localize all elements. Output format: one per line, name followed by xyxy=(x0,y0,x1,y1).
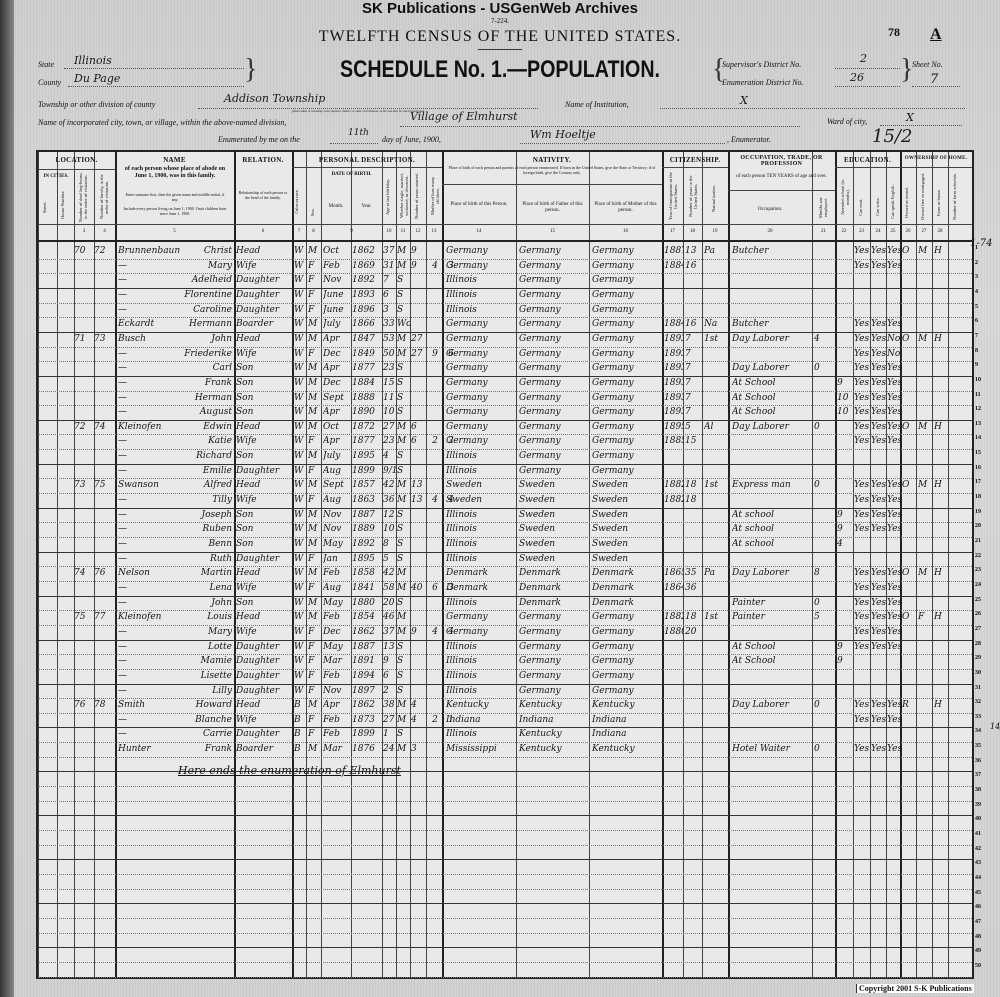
table-row: —CarrieDaughterBFFeb18991SIllinoisKentuc… xyxy=(38,728,972,743)
speaks-english: Yes xyxy=(887,509,901,521)
father-birthplace: Sweden xyxy=(519,523,589,535)
owned-rented: O xyxy=(902,611,916,623)
column-number: 3 xyxy=(74,229,94,234)
ward-label: Ward of city, xyxy=(827,117,867,126)
can-read: Yes xyxy=(854,392,870,404)
given-name: Benn xyxy=(178,538,232,550)
immigration-year: 1882 xyxy=(664,479,684,491)
line-number: 8 xyxy=(975,348,978,354)
column-number: 28 xyxy=(932,229,948,234)
relation-header: RELATION. xyxy=(234,156,292,164)
relation: Head xyxy=(236,699,292,711)
color: W xyxy=(294,597,306,609)
brace: } xyxy=(244,56,257,84)
owned-rented: O xyxy=(902,333,916,345)
marital-status: M xyxy=(397,260,410,272)
school-months: 9 xyxy=(837,641,853,653)
birth-date-header: DATE OF BIRTH. xyxy=(321,172,382,178)
sex: F xyxy=(308,274,321,286)
marital-status: S xyxy=(397,362,410,374)
father-birthplace: Germany xyxy=(519,289,589,301)
can-write: Yes xyxy=(871,348,886,360)
state-line xyxy=(64,68,244,69)
margin-note-top: 1-74 xyxy=(970,238,992,249)
color: W xyxy=(294,641,306,653)
ownership-header: OWNERSHIP OF HOME. xyxy=(900,156,972,161)
column-number: 5 xyxy=(115,229,234,234)
column-number: 14 xyxy=(442,229,516,234)
school-months: 9 xyxy=(837,523,853,535)
occupation: At School xyxy=(732,392,812,404)
given-name: Adelheid xyxy=(178,274,232,286)
row-divider xyxy=(38,815,972,816)
table-row: —MamieDaughterWFMar18919SIllinoisGermany… xyxy=(38,655,972,670)
school-months: 10 xyxy=(837,406,853,418)
birthplace: Illinois xyxy=(446,685,516,697)
relation-subheader: Relationship of each person to the head … xyxy=(236,190,290,200)
owned-rented: O xyxy=(902,479,916,491)
given-name: Lotte xyxy=(178,641,232,653)
table-row: —AugustSonWMApr189010SGermanyGermanyGerm… xyxy=(38,406,972,421)
father-birthplace: Kentucky xyxy=(519,743,589,755)
surname: Hunter xyxy=(118,743,180,755)
table-row: —FlorentineDaughterWFJune18936SIllinoisG… xyxy=(38,289,972,304)
line-number: 31 xyxy=(975,685,981,691)
table-row: —FriederikeWifeWFDec184950M2796GermanyGe… xyxy=(38,348,972,363)
can-read-header: Can read. xyxy=(858,192,863,222)
color: W xyxy=(294,494,306,506)
margin-note-line34: 14/3/6 xyxy=(990,722,1000,731)
speaks-english: No xyxy=(887,348,901,360)
marital-status: M xyxy=(397,435,410,447)
table-row: —BlancheWifeBFFeb187327M421IndianaIndian… xyxy=(38,714,972,729)
line-number: 29 xyxy=(975,655,981,661)
marital-status: M xyxy=(397,348,410,360)
speaks-english: Yes xyxy=(887,362,901,374)
census-page: SK Publications - USGenWeb Archives 7-22… xyxy=(0,0,1000,997)
color: W xyxy=(294,304,306,316)
mother-birthplace: Sweden xyxy=(592,523,662,535)
header-rule xyxy=(835,167,972,168)
can-write: Yes xyxy=(871,523,886,535)
speaks-english: No xyxy=(887,333,901,345)
surname: — xyxy=(118,435,180,447)
age-header: Age at last birthday. xyxy=(385,172,390,222)
can-write: Yes xyxy=(871,333,886,345)
birth-month: Apr xyxy=(323,406,351,418)
naturalization: 1st xyxy=(704,479,728,491)
years-married: 3 xyxy=(411,743,426,755)
table-row: —LenaWifeWFAug184158M4063DenmarkDenmarkD… xyxy=(38,582,972,597)
personal-description-header: PERSONAL DESCRIPTION. xyxy=(292,156,442,164)
surname: Kleinofen xyxy=(118,611,180,623)
relation: Wife xyxy=(236,260,292,272)
header-rule xyxy=(728,190,835,191)
county-label: County xyxy=(38,78,61,87)
mother-birthplace: Germany xyxy=(592,333,662,345)
township-value: Addison Township xyxy=(224,92,325,105)
can-write: Yes xyxy=(871,245,886,257)
birthplace: Germany xyxy=(446,611,516,623)
given-name: Hermann xyxy=(178,318,232,330)
years-in-us: 7 xyxy=(685,406,702,418)
can-read: Yes xyxy=(854,699,870,711)
end-note: Here ends the enumeration of Elmhurst xyxy=(178,764,401,777)
birth-month: Sept xyxy=(323,392,351,404)
years-married: 9 xyxy=(411,245,426,257)
birthplace: Denmark xyxy=(446,567,516,579)
surname: Nelson xyxy=(118,567,180,579)
mother-birthplace: Denmark xyxy=(592,582,662,594)
table-row: —MaryWifeWFFeb186931M943GermanyGermanyGe… xyxy=(38,260,972,275)
nativity-header: NATIVITY. xyxy=(442,156,662,164)
speaks-english: Yes xyxy=(887,582,901,594)
birthplace: Germany xyxy=(446,392,516,404)
relation: Boarder xyxy=(236,318,292,330)
marital-status: S xyxy=(397,728,410,740)
state-label: State xyxy=(38,60,54,69)
enum-district-value: 26 xyxy=(850,71,864,84)
years-in-us: 7 xyxy=(685,377,702,389)
color: W xyxy=(294,611,306,623)
years-in-us: 7 xyxy=(685,392,702,404)
age: 10 xyxy=(383,406,396,418)
marital-status: S xyxy=(397,377,410,389)
years-married: 13 xyxy=(411,494,426,506)
line-number: 5 xyxy=(975,304,978,310)
birthplace: Indiana xyxy=(446,714,516,726)
given-name: Ruben xyxy=(178,523,232,535)
street-header: Street. xyxy=(42,192,47,222)
free-mortgaged: M xyxy=(918,479,932,491)
years-in-us: 7 xyxy=(685,362,702,374)
birthplace: Germany xyxy=(446,362,516,374)
enumerated-month-label: day of June, 1900, xyxy=(382,135,441,144)
given-name: Caroline xyxy=(178,304,232,316)
family-number: 78 xyxy=(94,699,115,711)
immigration-year: 1882 xyxy=(664,611,684,623)
age: 42 xyxy=(383,567,396,579)
mother-birthplace: Germany xyxy=(592,670,662,682)
birth-year: 1890 xyxy=(352,406,382,418)
occupation: Butcher xyxy=(732,318,812,330)
relation: Daughter xyxy=(236,465,292,477)
table-row: —BennSonWMMay18928SIllinoisSwedenSwedenA… xyxy=(38,538,972,553)
column-number: 12 xyxy=(410,229,426,234)
can-write: Yes xyxy=(871,406,886,418)
given-name: Mary xyxy=(178,260,232,272)
can-write: Yes xyxy=(871,611,886,623)
line-number: 37 xyxy=(975,772,981,778)
speaks-english: Yes xyxy=(887,641,901,653)
can-read: Yes xyxy=(854,377,870,389)
school-months: 9 xyxy=(837,509,853,521)
column-number: 8 xyxy=(306,229,321,234)
column-number: 17 xyxy=(662,229,683,234)
enumerator-line xyxy=(520,143,725,144)
table-row: 7678SmithHowardHeadBMApr186238M4Kentucky… xyxy=(38,699,972,714)
sheet-label: Sheet No. xyxy=(912,60,943,69)
free-mortgaged-header: Owned free or mortgaged. xyxy=(920,170,925,222)
can-write: Yes xyxy=(871,567,886,579)
birth-month: May xyxy=(323,597,351,609)
father-birthplace: Kentucky xyxy=(519,728,589,740)
page-title: TWELFTH CENSUS OF THE UNITED STATES. xyxy=(0,28,1000,46)
speaks-english: Yes xyxy=(887,567,901,579)
sex: F xyxy=(308,641,321,653)
sex: M xyxy=(308,406,321,418)
row-divider xyxy=(38,933,972,934)
relation: Daughter xyxy=(236,641,292,653)
birthplace: Germany xyxy=(446,626,516,638)
line-number: 15 xyxy=(975,450,981,456)
table-row: HunterFrankBoarderBMMar187624M3Mississip… xyxy=(38,743,972,758)
can-read: Yes xyxy=(854,318,870,330)
birth-year: 1876 xyxy=(352,743,382,755)
age: 12 xyxy=(383,509,396,521)
color: W xyxy=(294,553,306,565)
birth-year: 1862 xyxy=(352,245,382,257)
naturalization: Pa xyxy=(704,245,728,257)
speaks-english: Yes xyxy=(887,479,901,491)
relation: Son xyxy=(236,509,292,521)
birth-year: 1895 xyxy=(352,553,382,565)
years-in-us: 5 xyxy=(685,421,702,433)
age: 27 xyxy=(383,421,396,433)
column-number: 4 xyxy=(94,229,115,234)
months-unemployed: 0 xyxy=(814,597,834,609)
enumerator-label: , Enumerator. xyxy=(727,135,771,144)
occupation: Butcher xyxy=(732,245,812,257)
name-subheader: of each person whose place of abode on J… xyxy=(122,166,228,180)
birthplace: Illinois xyxy=(446,538,516,550)
father-birthplace: Germany xyxy=(519,655,589,667)
color: B xyxy=(294,699,306,711)
schedule-title: SCHEDULE No. 1.—POPULATION. xyxy=(336,56,664,84)
months-unemployed: 8 xyxy=(814,567,834,579)
occupation: At School xyxy=(732,641,812,653)
birthplace: Germany xyxy=(446,348,516,360)
birth-month: Apr xyxy=(323,699,351,711)
can-write: Yes xyxy=(871,318,886,330)
mother-birthplace: Denmark xyxy=(592,567,662,579)
page-side: A xyxy=(930,26,942,44)
birth-year: 1877 xyxy=(352,435,382,447)
surname: Busch xyxy=(118,333,180,345)
mother-of: 9 xyxy=(428,348,442,360)
occupation-header: OCCUPATION, TRADE, OR PROFESSION xyxy=(728,155,835,167)
birthplace: Illinois xyxy=(446,553,516,565)
institution-label: Name of Institution, xyxy=(565,100,629,109)
can-read: Yes xyxy=(854,362,870,374)
occupation: Day Laborer xyxy=(732,333,812,345)
enum-district-label: Enumeration District No. xyxy=(722,78,804,87)
relation: Head xyxy=(236,611,292,623)
years-married: 27 xyxy=(411,333,426,345)
school-months: 10 xyxy=(837,392,853,404)
free-mortgaged: M xyxy=(918,567,932,579)
sex: F xyxy=(308,685,321,697)
surname: Kleinofen xyxy=(118,421,180,433)
color: W xyxy=(294,670,306,682)
birth-month: Apr xyxy=(323,333,351,345)
mother-birthplace: Indiana xyxy=(592,714,662,726)
given-name: John xyxy=(178,333,232,345)
surname: — xyxy=(118,450,180,462)
farm-house: H xyxy=(934,567,948,579)
sex: F xyxy=(308,728,321,740)
location-header: LOCATION. xyxy=(38,156,115,164)
birthplace: Sweden xyxy=(446,479,516,491)
naturalization: Pa xyxy=(704,567,728,579)
column-number: 26 xyxy=(900,229,916,234)
age: 58 xyxy=(383,582,396,594)
table-row: —KatieWifeWFApr187723M622GermanyGermanyG… xyxy=(38,435,972,450)
birth-month: Aug xyxy=(323,494,351,506)
row-divider xyxy=(38,845,972,846)
father-birthplace: Germany xyxy=(519,362,589,374)
father-birthplace: Sweden xyxy=(519,538,589,550)
education-header: EDUCATION. xyxy=(835,156,900,164)
given-name: Carrie xyxy=(178,728,232,740)
immigration-year-header: Year of immigration to the United States… xyxy=(668,170,678,222)
marital-status: S xyxy=(397,553,410,565)
mother-birthplace: Denmark xyxy=(592,597,662,609)
column-number: 25 xyxy=(886,229,900,234)
naturalization-header: Naturalization. xyxy=(711,176,716,222)
color: W xyxy=(294,260,306,272)
given-name: Joseph xyxy=(178,509,232,521)
birth-father-header: Place of birth of Father of this person. xyxy=(516,202,589,214)
column-number: 13 xyxy=(426,229,442,234)
can-read: Yes xyxy=(854,245,870,257)
can-read: Yes xyxy=(854,509,870,521)
relation: Son xyxy=(236,597,292,609)
line-number: 28 xyxy=(975,641,981,647)
immigration-year: 1893 xyxy=(664,392,684,404)
age: 3 xyxy=(383,304,396,316)
table-row: —RubenSonWMNov188910SIllinoisSwedenSwede… xyxy=(38,523,972,538)
marital-status: M xyxy=(397,611,410,623)
sex: M xyxy=(308,450,321,462)
occupation: At School xyxy=(732,655,812,667)
can-read: Yes xyxy=(854,567,870,579)
farm-house: H xyxy=(934,479,948,491)
marital-status: S xyxy=(397,523,410,535)
can-write: Yes xyxy=(871,714,886,726)
age: 9 xyxy=(383,655,396,667)
column-number: 9 xyxy=(321,229,382,234)
father-birthplace: Germany xyxy=(519,377,589,389)
mother-of-header: Mother of how many children. xyxy=(430,170,440,222)
birth-month: Dec xyxy=(323,377,351,389)
years-in-us: 13 xyxy=(685,245,702,257)
months-unemployed: 0 xyxy=(814,479,834,491)
color: W xyxy=(294,685,306,697)
immigration-year: 1884 xyxy=(664,318,684,330)
line-number: 42 xyxy=(975,846,981,852)
color: W xyxy=(294,289,306,301)
city-line xyxy=(400,126,800,127)
mother-birthplace: Sweden xyxy=(592,479,662,491)
father-birthplace: Germany xyxy=(519,611,589,623)
sex: M xyxy=(308,509,321,521)
owned-rented: R xyxy=(902,699,916,711)
color: W xyxy=(294,348,306,360)
ward-value: X xyxy=(906,111,914,124)
color: W xyxy=(294,567,306,579)
sex: F xyxy=(308,553,321,565)
enum-district-line xyxy=(835,86,900,87)
father-birthplace: Germany xyxy=(519,465,589,477)
table-row: —JohnSonWMMay188020SIllinoisDenmarkDenma… xyxy=(38,597,972,612)
color: W xyxy=(294,392,306,404)
surname: — xyxy=(118,582,180,594)
family-number: 74 xyxy=(94,421,115,433)
table-row: —LillyDaughterWFNov18972SIllinoisGermany… xyxy=(38,685,972,700)
family-number: 77 xyxy=(94,611,115,623)
birth-month: Feb xyxy=(323,567,351,579)
county-value: Du Page xyxy=(74,72,120,85)
nativity-subheader: Place of birth of each person and parent… xyxy=(446,165,658,175)
birthplace: Illinois xyxy=(446,523,516,535)
birthplace: Germany xyxy=(446,421,516,433)
attended-school-header: Attended school (in months). xyxy=(840,172,850,222)
sex: F xyxy=(308,655,321,667)
line-number: 27 xyxy=(975,626,981,632)
birth-month: Oct xyxy=(323,421,351,433)
table-row: 7577KleinofenLouisHeadWMFeb185446MGerman… xyxy=(38,611,972,626)
father-birthplace: Germany xyxy=(519,260,589,272)
color: W xyxy=(294,421,306,433)
can-write: Yes xyxy=(871,377,886,389)
mother-of: 2 xyxy=(428,435,442,447)
speaks-english: Yes xyxy=(887,421,901,433)
color: W xyxy=(294,274,306,286)
sex: F xyxy=(308,714,321,726)
mother-birthplace: Germany xyxy=(592,685,662,697)
name-note-1: Enter surname first, then the given name… xyxy=(122,192,228,202)
table-row: —LotteDaughterWFMay188713SIllinoisGerman… xyxy=(38,641,972,656)
sex: M xyxy=(308,392,321,404)
father-birthplace: Germany xyxy=(519,435,589,447)
immigration-year: 1893 xyxy=(664,333,684,345)
surname: — xyxy=(118,377,180,389)
farm-house: H xyxy=(934,245,948,257)
can-write: Yes xyxy=(871,743,886,755)
months-unemployed-header: Months not employed. xyxy=(818,194,828,222)
form-number: 7-224. xyxy=(0,17,1000,25)
color: B xyxy=(294,728,306,740)
surname: — xyxy=(118,392,180,404)
father-birthplace: Germany xyxy=(519,626,589,638)
occupation: Painter xyxy=(732,611,812,623)
years-married: 4 xyxy=(411,699,426,711)
birth-year: 1880 xyxy=(352,597,382,609)
marital-status: M xyxy=(397,479,410,491)
birthplace: Illinois xyxy=(446,465,516,477)
mother-birthplace: Germany xyxy=(592,260,662,272)
color: W xyxy=(294,626,306,638)
mother-birthplace: Germany xyxy=(592,611,662,623)
line-number: 4 xyxy=(975,289,978,295)
surname: — xyxy=(118,553,180,565)
mother-birthplace: Germany xyxy=(592,465,662,477)
surname: — xyxy=(118,260,180,272)
line-number: 36 xyxy=(975,758,981,764)
column-number: 21 xyxy=(812,229,835,234)
color: W xyxy=(294,377,306,389)
